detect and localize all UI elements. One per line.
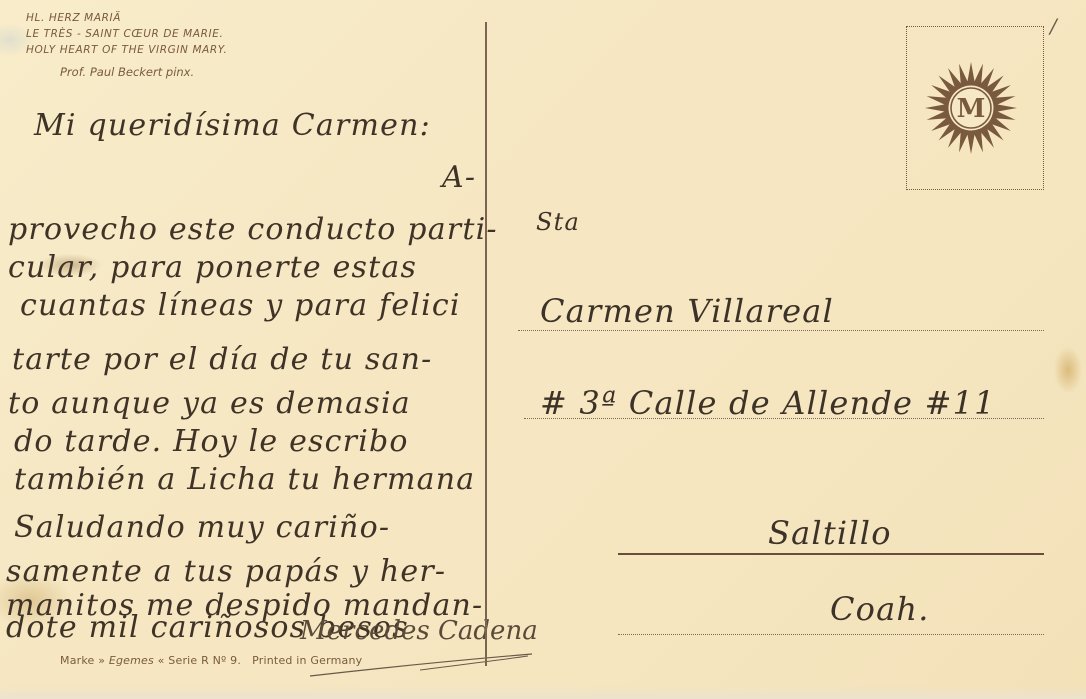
letter-line: Saludando muy cariño- [14, 510, 390, 545]
letter-line: do tarde. Hoy le escribo [14, 424, 409, 459]
letter-line: A- [442, 160, 476, 195]
address-line-4 [618, 634, 1044, 635]
title-english: HOLY HEART OF THE VIRGIN MARY. [26, 42, 227, 58]
address-street: # 3ª Calle de Allende #11 [540, 384, 996, 422]
letter-line: cuantas líneas y para felici [20, 288, 461, 323]
address-name: Carmen Villareal [540, 292, 834, 330]
postcard-back: HL. HERZ MARIÄ LE TRÈS - SAINT CŒUR DE M… [0, 0, 1086, 699]
sunburst-monogram-M-icon: M [925, 62, 1017, 154]
letter-line: samente a tus papás y her- [6, 554, 446, 589]
artist-credit: Prof. Paul Beckert pinx. [60, 65, 194, 79]
address-state: Coah. [830, 590, 930, 628]
imprint-origin: Printed in Germany [252, 654, 362, 667]
letter-line: to aunque ya es demasia [8, 386, 411, 421]
publisher-imprint: Marke » Egemes « Serie R Nº 9. Printed i… [60, 654, 362, 667]
letter-line: tarte por el día de tu san- [12, 342, 432, 377]
address-line-1 [518, 330, 1044, 331]
letter-line: provecho este conducto parti- [8, 212, 498, 247]
address-salutation: Sta [536, 208, 580, 236]
svg-text:M: M [957, 94, 986, 124]
title-german: HL. HERZ MARIÄ [26, 10, 227, 26]
title-french: LE TRÈS - SAINT CŒUR DE MARIE. [26, 26, 227, 42]
imprint-prefix: Marke » [60, 654, 105, 667]
corner-pencil-mark: / [1050, 14, 1057, 38]
letter-greeting: Mi queridísima Carmen: [34, 108, 431, 143]
letter-line: también a Licha tu hermana [14, 462, 475, 497]
letter-line: cular, para ponerte estas [8, 250, 417, 285]
printed-title-block: HL. HERZ MARIÄ LE TRÈS - SAINT CŒUR DE M… [26, 10, 227, 58]
address-line-3 [618, 553, 1044, 555]
center-divider [485, 22, 487, 666]
address-line-2 [524, 418, 1044, 419]
imprint-brand: Egemes [109, 654, 154, 667]
imprint-series: « Serie R Nº 9. [158, 654, 241, 667]
address-city: Saltillo [768, 514, 892, 552]
